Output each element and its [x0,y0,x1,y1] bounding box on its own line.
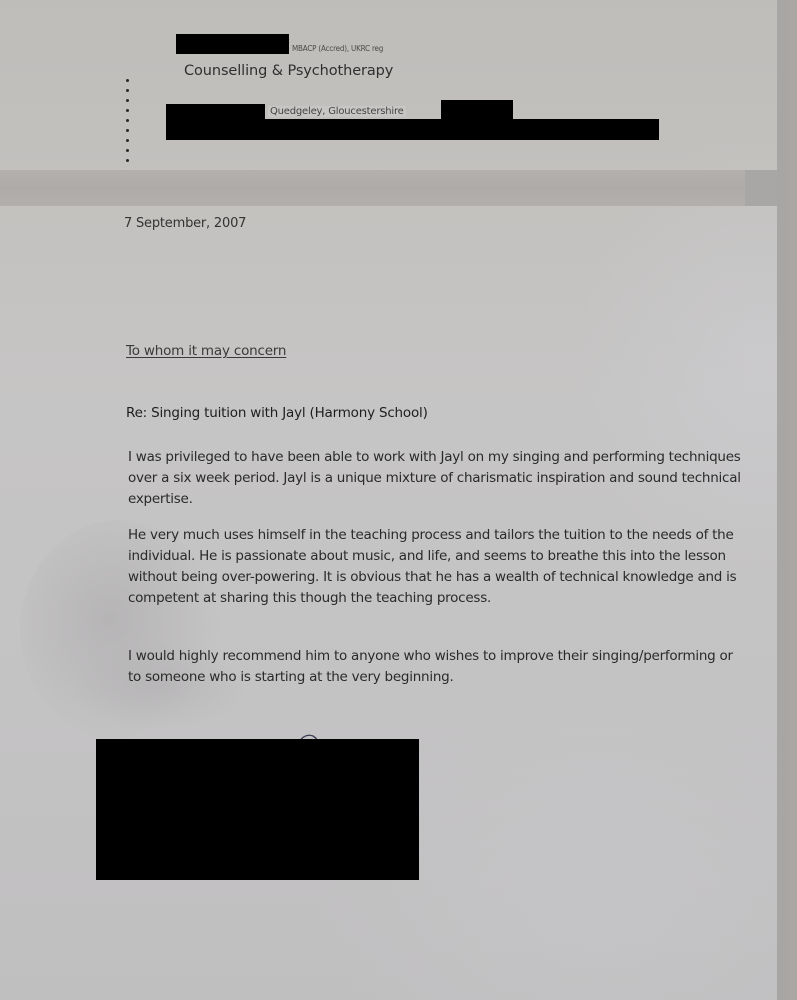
address-town: Quedgeley, Gloucestershire [268,106,406,117]
body-paragraph-2: He very much uses himself in the teachin… [128,525,748,609]
redacted-contact-details [166,119,659,140]
practice-name: Counselling & Psychotherapy [184,63,393,79]
credentials: MBACP (Accred), UKRC reg [292,44,383,53]
salutation: To whom it may concern [126,343,286,359]
body-paragraph-1: I was privileged to have been able to wo… [128,447,748,510]
body-paragraph-3: I would highly recommend him to anyone w… [128,646,748,688]
letter-date: 7 September, 2007 [124,216,246,231]
page-edge [777,0,787,1000]
subject-line: Re: Singing tuition with Jayl (Harmony S… [126,405,428,421]
redacted-signature-block [96,739,419,880]
redacted-name [176,34,289,54]
letterhead-dotted-line [126,79,130,169]
fold-shadow [0,170,787,206]
letter-page: MBACP (Accred), UKRC reg Counselling & P… [0,0,787,1000]
